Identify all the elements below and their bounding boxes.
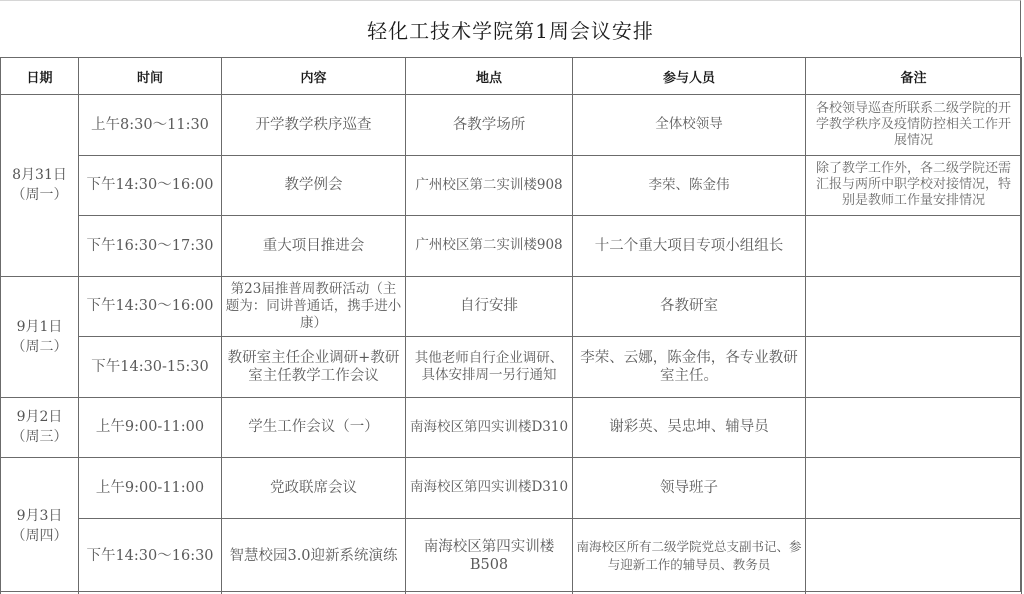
participants-cell: 全体校领导 [573, 95, 806, 156]
content-cell: 教学例会 [222, 155, 406, 216]
participants-cell: 各教研室 [573, 276, 806, 337]
time-cell: 下午14:30-15:30 [79, 337, 222, 398]
weekday-label: （周一） [4, 185, 75, 205]
location-cell: 广州校区第二实训楼908 [406, 155, 573, 216]
table-row: 下午14:30～16:00 教学例会 广州校区第二实训楼908 李荣、陈金伟 除… [1, 155, 1022, 216]
participants-cell: 南海校区所有二级学院党总支副书记、参与迎新工作的辅导员、教务员 [573, 518, 806, 594]
header-content: 内容 [222, 58, 406, 95]
participants-cell: 十二个重大项目专项小组组长 [573, 216, 806, 277]
location-cell: 南海校区第四实训楼B508 [406, 518, 573, 594]
time-cell: 上午9:00-11:00 [79, 397, 222, 458]
date-cell: 8月31日 （周一） [1, 95, 79, 277]
weekday-label: （周三） [4, 427, 75, 447]
location-cell: 广州校区第二实训楼908 [406, 216, 573, 277]
notes-cell [806, 458, 1022, 519]
content-cell: 学生工作会议（一） [222, 397, 406, 458]
date-cell: 9月2日 （周三） [1, 397, 79, 458]
table-row: 下午14:30-15:30 教研室主任企业调研+教研室主任教学工作会议 其他老师… [1, 337, 1022, 398]
notes-cell [806, 276, 1022, 337]
notes-cell [806, 337, 1022, 398]
notes-cell: 各校领导巡查所联系二级学院的开学教学秩序及疫情防控相关工作开展情况 [806, 95, 1022, 156]
header-row: 日期 时间 内容 地点 参与人员 备注 [1, 58, 1022, 95]
table-row: 9月2日 （周三） 上午9:00-11:00 学生工作会议（一） 南海校区第四实… [1, 397, 1022, 458]
notes-cell [806, 397, 1022, 458]
content-cell: 教研室主任企业调研+教研室主任教学工作会议 [222, 337, 406, 398]
time-cell: 下午14:30～16:00 [79, 276, 222, 337]
content-cell: 开学教学秩序巡查 [222, 95, 406, 156]
schedule-sheet: 轻化工技术学院第1周会议安排 日期 时间 内容 地点 参与人员 备注 [0, 0, 1021, 592]
weekday-label: （周二） [4, 337, 75, 357]
participants-cell: 谢彩英、吴忠坤、辅导员 [573, 397, 806, 458]
notes-cell [806, 216, 1022, 277]
content-cell: 重大项目推进会 [222, 216, 406, 277]
date-label: 9月1日 [4, 317, 75, 337]
location-cell: 南海校区第四实训楼D310 [406, 397, 573, 458]
participants-cell: 李荣、陈金伟 [573, 155, 806, 216]
location-cell: 自行安排 [406, 276, 573, 337]
header-participants: 参与人员 [573, 58, 806, 95]
notes-cell: 除了教学工作外，各二级学院还需汇报与两所中职学校对接情况，特别是教师工作量安排情… [806, 155, 1022, 216]
meeting-schedule-table: 日期 时间 内容 地点 参与人员 备注 8月31日 （周一） 上午8:30～11… [0, 57, 1022, 594]
weekday-label: （周四） [4, 526, 75, 546]
location-cell: 南海校区第四实训楼D310 [406, 458, 573, 519]
date-label: 9月3日 [4, 506, 75, 526]
time-cell: 上午8:30～11:30 [79, 95, 222, 156]
header-location: 地点 [406, 58, 573, 95]
notes-cell [806, 518, 1022, 594]
location-cell: 其他老师自行企业调研、具体安排周一另行通知 [406, 337, 573, 398]
date-label: 8月31日 [4, 165, 75, 185]
table-row: 下午14:30～16:30 智慧校园3.0迎新系统演练 南海校区第四实训楼B50… [1, 518, 1022, 594]
table-row: 9月1日 （周二） 下午14:30～16:00 第23届推普周教研活动（主题为：… [1, 276, 1022, 337]
page-title: 轻化工技术学院第1周会议安排 [0, 1, 1021, 57]
location-cell: 各教学场所 [406, 95, 573, 156]
date-label: 9月2日 [4, 407, 75, 427]
content-cell: 第23届推普周教研活动（主题为：同讲普通话，携手进小康） [222, 276, 406, 337]
date-cell: 9月3日 （周四） [1, 458, 79, 594]
participants-cell: 领导班子 [573, 458, 806, 519]
header-time: 时间 [79, 58, 222, 95]
content-cell: 智慧校园3.0迎新系统演练 [222, 518, 406, 594]
header-date: 日期 [1, 58, 79, 95]
table-row: 下午16:30～17:30 重大项目推进会 广州校区第二实训楼908 十二个重大… [1, 216, 1022, 277]
content-cell: 党政联席会议 [222, 458, 406, 519]
time-cell: 下午14:30～16:30 [79, 518, 222, 594]
participants-cell: 李荣、云娜，陈金伟，各专业教研室主任。 [573, 337, 806, 398]
time-cell: 下午14:30～16:00 [79, 155, 222, 216]
date-cell: 9月1日 （周二） [1, 276, 79, 397]
time-cell: 下午16:30～17:30 [79, 216, 222, 277]
table-row: 8月31日 （周一） 上午8:30～11:30 开学教学秩序巡查 各教学场所 全… [1, 95, 1022, 156]
header-notes: 备注 [806, 58, 1022, 95]
table-row: 9月3日 （周四） 上午9:00-11:00 党政联席会议 南海校区第四实训楼D… [1, 458, 1022, 519]
time-cell: 上午9:00-11:00 [79, 458, 222, 519]
